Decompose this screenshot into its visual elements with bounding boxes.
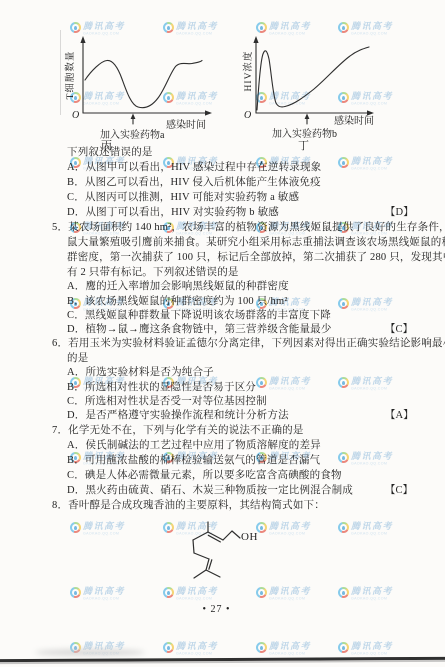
watermark-url: GAOKAO.QQ.COM: [351, 597, 389, 601]
tencent-gaokao-logo-icon: [256, 377, 267, 388]
watermark-brand: 腾讯高考: [176, 587, 218, 596]
watermark: 腾讯高考 GAOKAO.QQ.COM: [163, 587, 218, 601]
watermark: 腾讯高考 GAOKAO.QQ.COM: [70, 587, 125, 601]
watermark-url: GAOKAO.QQ.COM: [351, 532, 389, 536]
bond-c2-c1: [223, 531, 232, 540]
q5-option-b: B．该农场黑线姬鼠的种群密度约为 100 只/hm²: [67, 295, 288, 308]
watermark-url: GAOKAO.QQ.COM: [351, 387, 389, 391]
watermark-url: GAOKAO.QQ.COM: [83, 532, 121, 536]
watermark-brand: 腾讯高考: [269, 587, 311, 596]
watermark-url: GAOKAO.QQ.COM: [351, 652, 389, 656]
watermark-text: 腾讯高考 GAOKAO.QQ.COM: [176, 587, 218, 601]
watermark-text: 腾讯高考 GAOKAO.QQ.COM: [176, 642, 218, 656]
watermark-brand: 腾讯高考: [351, 157, 393, 166]
watermark-brand: 腾讯高考: [269, 522, 311, 531]
right-y-arrowhead: [253, 36, 258, 43]
q7-option-c: C．碘是人体必需微量元素，所以要多吃富含高碘酸的食物: [67, 469, 342, 482]
q4-stem: 下列叙述错误的是: [67, 146, 153, 159]
left-origin-label: O: [72, 110, 79, 121]
right-x-axis-label: 感染时间: [334, 112, 374, 127]
q6-option-c: C．所选相对性状是否受一对等位基因控制: [67, 395, 267, 408]
q4-option-c: C．从图丙可以推测，HIV 可能对实验药物 a 敏感: [67, 191, 299, 204]
tencent-gaokao-logo-icon: [338, 587, 349, 598]
bond-methyl-left: [194, 570, 206, 578]
watermark-brand: 腾讯高考: [83, 522, 125, 531]
watermark-url: GAOKAO.QQ.COM: [269, 652, 307, 656]
watermark: 腾讯高考 GAOKAO.QQ.COM: [338, 452, 393, 466]
scan-smudge: [35, 649, 145, 656]
q5-option-c: C．黑线姬鼠种群数量下降说明该农场群落的丰富度下降: [67, 309, 331, 322]
watermark: 腾讯高考 GAOKAO.QQ.COM: [256, 587, 311, 601]
tencent-gaokao-logo-icon: [338, 298, 349, 309]
watermark-text: 腾讯高考 GAOKAO.QQ.COM: [351, 522, 393, 536]
left-drug-arrowhead: [131, 114, 136, 120]
watermark-url: GAOKAO.QQ.COM: [351, 308, 389, 312]
q4-option-b: B．从图乙可以看出，HIV 侵入后机体能产生体液免疫: [67, 176, 321, 189]
bond-methyl-right: [206, 570, 220, 577]
tencent-gaokao-logo-icon: [163, 587, 174, 598]
tencent-gaokao-logo-icon: [163, 642, 174, 653]
bond-c4-c5: [193, 540, 194, 553]
q7-answer-marker: 【C】: [385, 484, 413, 497]
right-drug-arrowhead: [305, 114, 310, 120]
watermark: 腾讯高考 GAOKAO.QQ.COM: [256, 642, 311, 656]
watermark: 腾讯高考 GAOKAO.QQ.COM: [338, 587, 393, 601]
watermark-brand: 腾讯高考: [83, 587, 125, 596]
tencent-gaokao-logo-icon: [338, 452, 349, 463]
q5-stem-line-1: 5．某农场面积约 140 hm²，农场丰富的植物资源为黑线姬鼠提供了良好的生存条…: [52, 221, 445, 234]
watermark-text: 腾讯高考 GAOKAO.QQ.COM: [269, 587, 311, 601]
bond-c6-c7-double: [209, 560, 212, 569]
watermark-brand: 腾讯高考: [351, 522, 393, 531]
watermark-text: 腾讯高考 GAOKAO.QQ.COM: [351, 298, 393, 312]
watermark-text: 腾讯高考 GAOKAO.QQ.COM: [351, 452, 393, 466]
q5-answer-marker: 【C】: [385, 323, 413, 336]
tencent-gaokao-logo-icon: [256, 642, 267, 653]
watermark-text: 腾讯高考 GAOKAO.QQ.COM: [351, 157, 393, 171]
q7-option-b: B．可用蘸浓盐酸的棉棒检验输送氨气的管道是否漏气: [67, 454, 320, 467]
watermark: 腾讯高考 GAOKAO.QQ.COM: [256, 522, 311, 536]
watermark-brand: 腾讯高考: [269, 642, 311, 651]
tencent-gaokao-logo-icon: [70, 587, 81, 598]
q5-option-d: D．植物→鼠→鹰这条食物链中，第三营养级含能量最少: [67, 323, 332, 336]
watermark-text: 腾讯高考 GAOKAO.QQ.COM: [351, 642, 393, 656]
watermark-text: 腾讯高考 GAOKAO.QQ.COM: [269, 522, 311, 536]
watermark-url: GAOKAO.QQ.COM: [269, 532, 307, 536]
scanned-exam-page: 腾讯高考 GAOKAO.QQ.COM 腾讯高考 GAOKAO.QQ.COM 腾讯…: [0, 0, 445, 667]
watermark-url: GAOKAO.QQ.COM: [176, 652, 214, 656]
left-x-arrowhead: [205, 110, 212, 115]
q5-stem-line-2: 鼠大量繁殖吸引鹰前来捕食。某研究小组采用标志重捕法调查该农场黑线姬鼠的种: [67, 236, 445, 249]
geraniol-structure: [163, 514, 263, 586]
watermark-text: 腾讯高考 GAOKAO.QQ.COM: [269, 642, 311, 656]
watermark: 腾讯高考 GAOKAO.QQ.COM: [163, 642, 218, 656]
watermark-brand: 腾讯高考: [351, 587, 393, 596]
watermark: 腾讯高考 GAOKAO.QQ.COM: [338, 157, 393, 171]
watermark-brand: 腾讯高考: [351, 298, 393, 307]
watermark-text: 腾讯高考 GAOKAO.QQ.COM: [83, 522, 125, 536]
watermark: 腾讯高考 GAOKAO.QQ.COM: [70, 522, 125, 536]
q7-option-d: D．黑火药由硫黄、硝石、木炭三种物质按一定比例混合制成: [67, 484, 353, 497]
watermark-url: GAOKAO.QQ.COM: [351, 462, 389, 466]
q6-option-a: A．所选实验材料是否为纯合子: [67, 366, 214, 379]
watermark-text: 腾讯高考 GAOKAO.QQ.COM: [269, 377, 311, 391]
watermark: 腾讯高考 GAOKAO.QQ.COM: [256, 377, 311, 391]
q4-option-a: A．从图甲可以看出，HIV 感染过程中存在逆转录现象: [67, 161, 321, 174]
q6-option-d: D．是否严格遵守实验操作流程和统计分析方法: [67, 409, 289, 422]
tencent-gaokao-logo-icon: [256, 587, 267, 598]
right-curve: [257, 47, 369, 110]
tencent-gaokao-logo-icon: [70, 522, 81, 533]
watermark-brand: 腾讯高考: [351, 452, 393, 461]
left-curve: [85, 60, 202, 107]
watermark: 腾讯高考 GAOKAO.QQ.COM: [338, 522, 393, 536]
watermark: 腾讯高考 GAOKAO.QQ.COM: [338, 377, 393, 391]
q5-stem-line-4: 有 2 只带有标记。下列叙述错误的是: [67, 266, 239, 279]
watermark-url: GAOKAO.QQ.COM: [269, 387, 307, 391]
watermark: 腾讯高考 GAOKAO.QQ.COM: [338, 642, 393, 656]
watermark-brand: 腾讯高考: [351, 377, 393, 386]
q6-stem-line-1: 6．若用玉米为实验材料验证孟德尔分离定律，下列因素对得出正确实验结论影响最小: [52, 337, 445, 350]
bond-c5-c6: [194, 553, 209, 559]
page-number: • 27 •: [189, 604, 244, 615]
left-x-axis-label: 感染时间: [166, 116, 206, 131]
bond-c3-c4: [193, 532, 208, 540]
q5-stem-line-3: 群密度，第一次捕获了 100 只，标记后全部放掉，第二次捕获了 280 只，发现…: [67, 251, 445, 264]
watermark-brand: 腾讯高考: [269, 377, 311, 386]
watermark-url: GAOKAO.QQ.COM: [176, 597, 214, 601]
watermark: 腾讯高考 GAOKAO.QQ.COM: [338, 298, 393, 312]
bond-c3-c2-double: [208, 535, 220, 542]
watermark-text: 腾讯高考 GAOKAO.QQ.COM: [351, 587, 393, 601]
q4-option-d: D．从图丁可以看出，HIV 对实验药物 b 敏感: [67, 206, 279, 219]
tencent-gaokao-logo-icon: [338, 157, 349, 168]
q5-option-a: A．鹰的迁入率增加会影响黑线姬鼠的种群密度: [67, 280, 289, 293]
q6-option-b: B．所选相对性状的显隐性是否易于区分: [67, 381, 256, 394]
tencent-gaokao-logo-icon: [338, 377, 349, 388]
right-origin-label: O: [244, 110, 251, 121]
q7-stem: 7．化学无处不在，下列与化学有关的说法不正确的是: [52, 424, 304, 437]
q6-stem-line-2: 的是: [67, 352, 88, 365]
watermark-url: GAOKAO.QQ.COM: [351, 167, 389, 171]
left-y-axis-label: T细胞数量: [62, 49, 76, 101]
watermark-url: GAOKAO.QQ.COM: [269, 597, 307, 601]
q6-answer-marker: 【A】: [385, 409, 414, 422]
hydroxyl-label: OH: [241, 531, 258, 543]
watermark-brand: 腾讯高考: [351, 642, 393, 651]
watermark-text: 腾讯高考 GAOKAO.QQ.COM: [351, 377, 393, 391]
watermark-brand: 腾讯高考: [176, 642, 218, 651]
left-y-arrowhead: [80, 36, 85, 43]
q7-option-a: A．侯氏制碱法的工艺过程中应用了物质溶解度的差异: [67, 439, 321, 452]
watermark-text: 腾讯高考 GAOKAO.QQ.COM: [83, 587, 125, 601]
tencent-gaokao-logo-icon: [338, 642, 349, 653]
tencent-gaokao-logo-icon: [338, 522, 349, 533]
q8-stem: 8．香叶醇是合成玫瑰香油的主要原料，其结构简式如下：: [52, 499, 325, 512]
figure-caption-ding: 丁: [298, 137, 309, 153]
watermark-url: GAOKAO.QQ.COM: [83, 597, 121, 601]
q4-answer-marker: 【D】: [385, 206, 414, 219]
right-y-axis-label: HIV浓度: [240, 48, 254, 94]
bond-c1-oh: [232, 531, 240, 538]
